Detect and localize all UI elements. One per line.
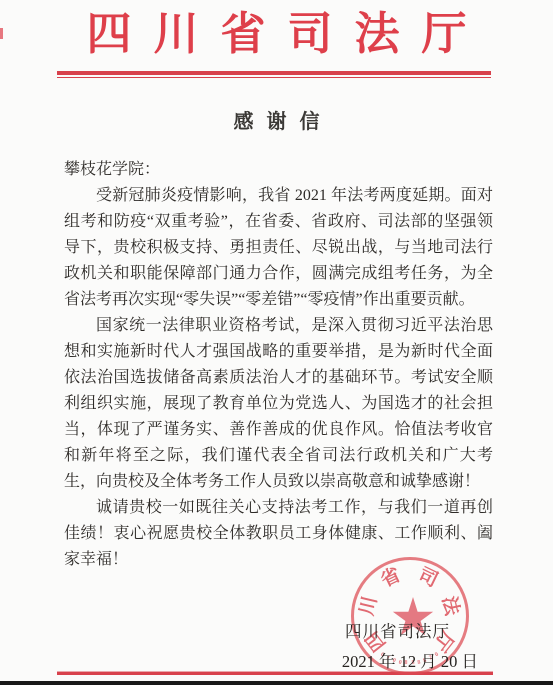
scan-artifact-mark	[0, 28, 3, 39]
letter-page: 四川省司法厅 感谢信 攀枝花学院： 受新冠肺炎疫情影响，我省 2021 年法考两…	[0, 0, 553, 685]
letter-body: 攀枝花学院： 受新冠肺炎疫情影响，我省 2021 年法考两度延期。面对组考和防疫…	[64, 157, 493, 573]
letterhead-title: 四川省司法厅	[0, 0, 553, 61]
letter-title: 感谢信	[0, 105, 553, 134]
footer-rule	[57, 672, 493, 675]
scan-edge	[0, 681, 553, 685]
paragraph-1: 受新冠肺炎疫情影响，我省 2021 年法考两度延期。面对组考和防疫“双重考验”，…	[64, 183, 493, 313]
letterhead-rule	[57, 71, 491, 78]
signature: 四川省司法厅	[345, 618, 450, 642]
salutation: 攀枝花学院：	[64, 157, 493, 183]
date-line: 2021 年 12 月 20 日	[342, 648, 478, 672]
paragraph-2: 国家统一法律职业资格考试，是深入贯彻习近平法治思想和实施新时代人才强国战略的重要…	[64, 313, 493, 495]
letterhead: 四川省司法厅	[0, 0, 553, 78]
paragraph-3: 诚请贵校一如既往关心支持法考工作，与我们一道再创佳绩！衷心祝愿贵校全体教职员工身…	[64, 495, 493, 573]
